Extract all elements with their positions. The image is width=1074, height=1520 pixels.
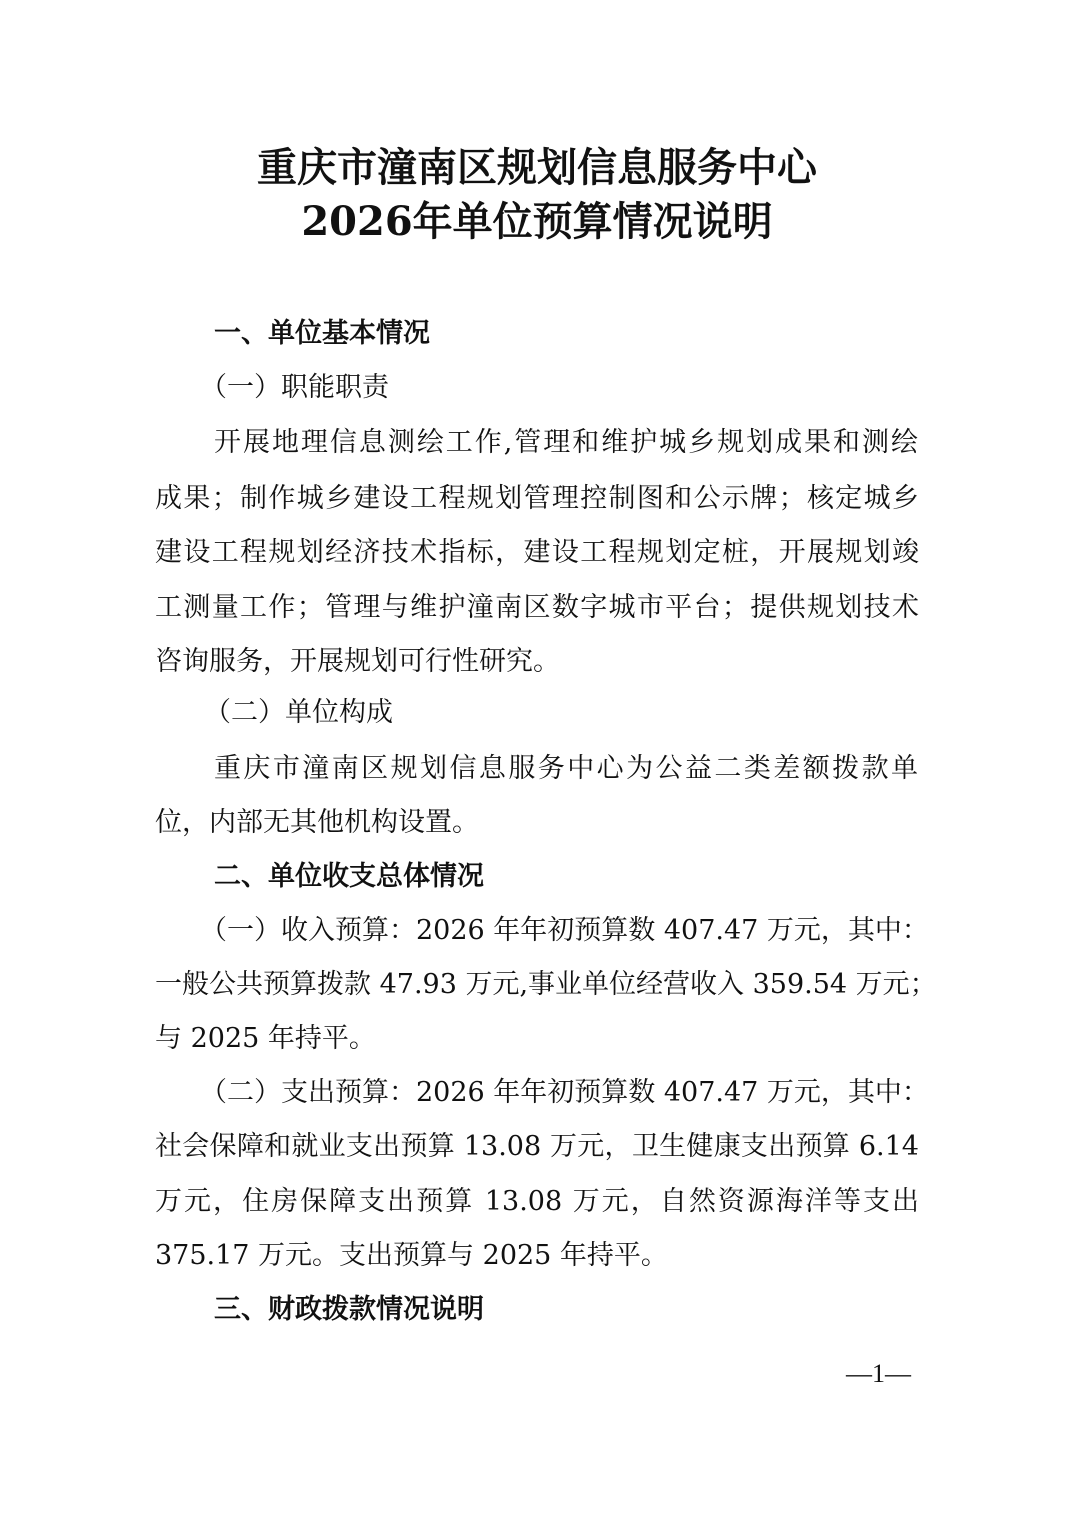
subsection-heading-functions: （一）职能职责 xyxy=(200,368,389,408)
paragraph-line: 建设工程规划经济技术指标，建设工程规划定桩，开展规划竣 xyxy=(155,533,919,573)
paragraph-line: 成果；制作城乡建设工程规划管理控制图和公示牌；核定城乡 xyxy=(155,479,919,519)
expense-budget-line: 社会保障和就业支出预算 13.08 万元，卫生健康支出预算 6.14 xyxy=(155,1127,919,1167)
paragraph-line: 咨询服务，开展规划可行性研究。 xyxy=(155,642,560,682)
page-number: —1— xyxy=(846,1358,911,1390)
income-budget-line: 一般公共预算拨款 47.93 万元,事业单位经营收入 359.54 万元； xyxy=(155,965,919,1005)
paragraph-line: 工测量工作；管理与维护潼南区数字城市平台；提供规划技术 xyxy=(155,588,919,628)
paragraph-line: 位，内部无其他机构设置。 xyxy=(155,803,479,843)
document-title-line1: 重庆市潼南区规划信息服务中心 xyxy=(0,144,1074,192)
document-title-line2: 2026年单位预算情况说明 xyxy=(0,198,1074,246)
section-heading-revenue-expenditure: 二、单位收支总体情况 xyxy=(214,857,484,897)
income-budget-line: 与 2025 年持平。 xyxy=(155,1019,376,1059)
paragraph-line: 重庆市潼南区规划信息服务中心为公益二类差额拨款单 xyxy=(214,749,918,789)
expense-budget-line: 万元，住房保障支出预算 13.08 万元，自然资源海洋等支出 xyxy=(155,1182,919,1222)
income-budget-line: （一）收入预算：2026 年年初预算数 407.47 万元，其中： xyxy=(200,911,918,951)
paragraph-line: 开展地理信息测绘工作,管理和维护城乡规划成果和测绘 xyxy=(214,423,918,463)
section-heading-fiscal-appropriation: 三、财政拨款情况说明 xyxy=(214,1290,484,1330)
expense-budget-line: 375.17 万元。支出预算与 2025 年持平。 xyxy=(155,1236,668,1276)
section-heading-basic-info: 一、单位基本情况 xyxy=(214,314,430,354)
expense-budget-line: （二）支出预算：2026 年年初预算数 407.47 万元，其中： xyxy=(200,1073,918,1113)
subsection-heading-composition: （二）单位构成 xyxy=(204,693,393,733)
